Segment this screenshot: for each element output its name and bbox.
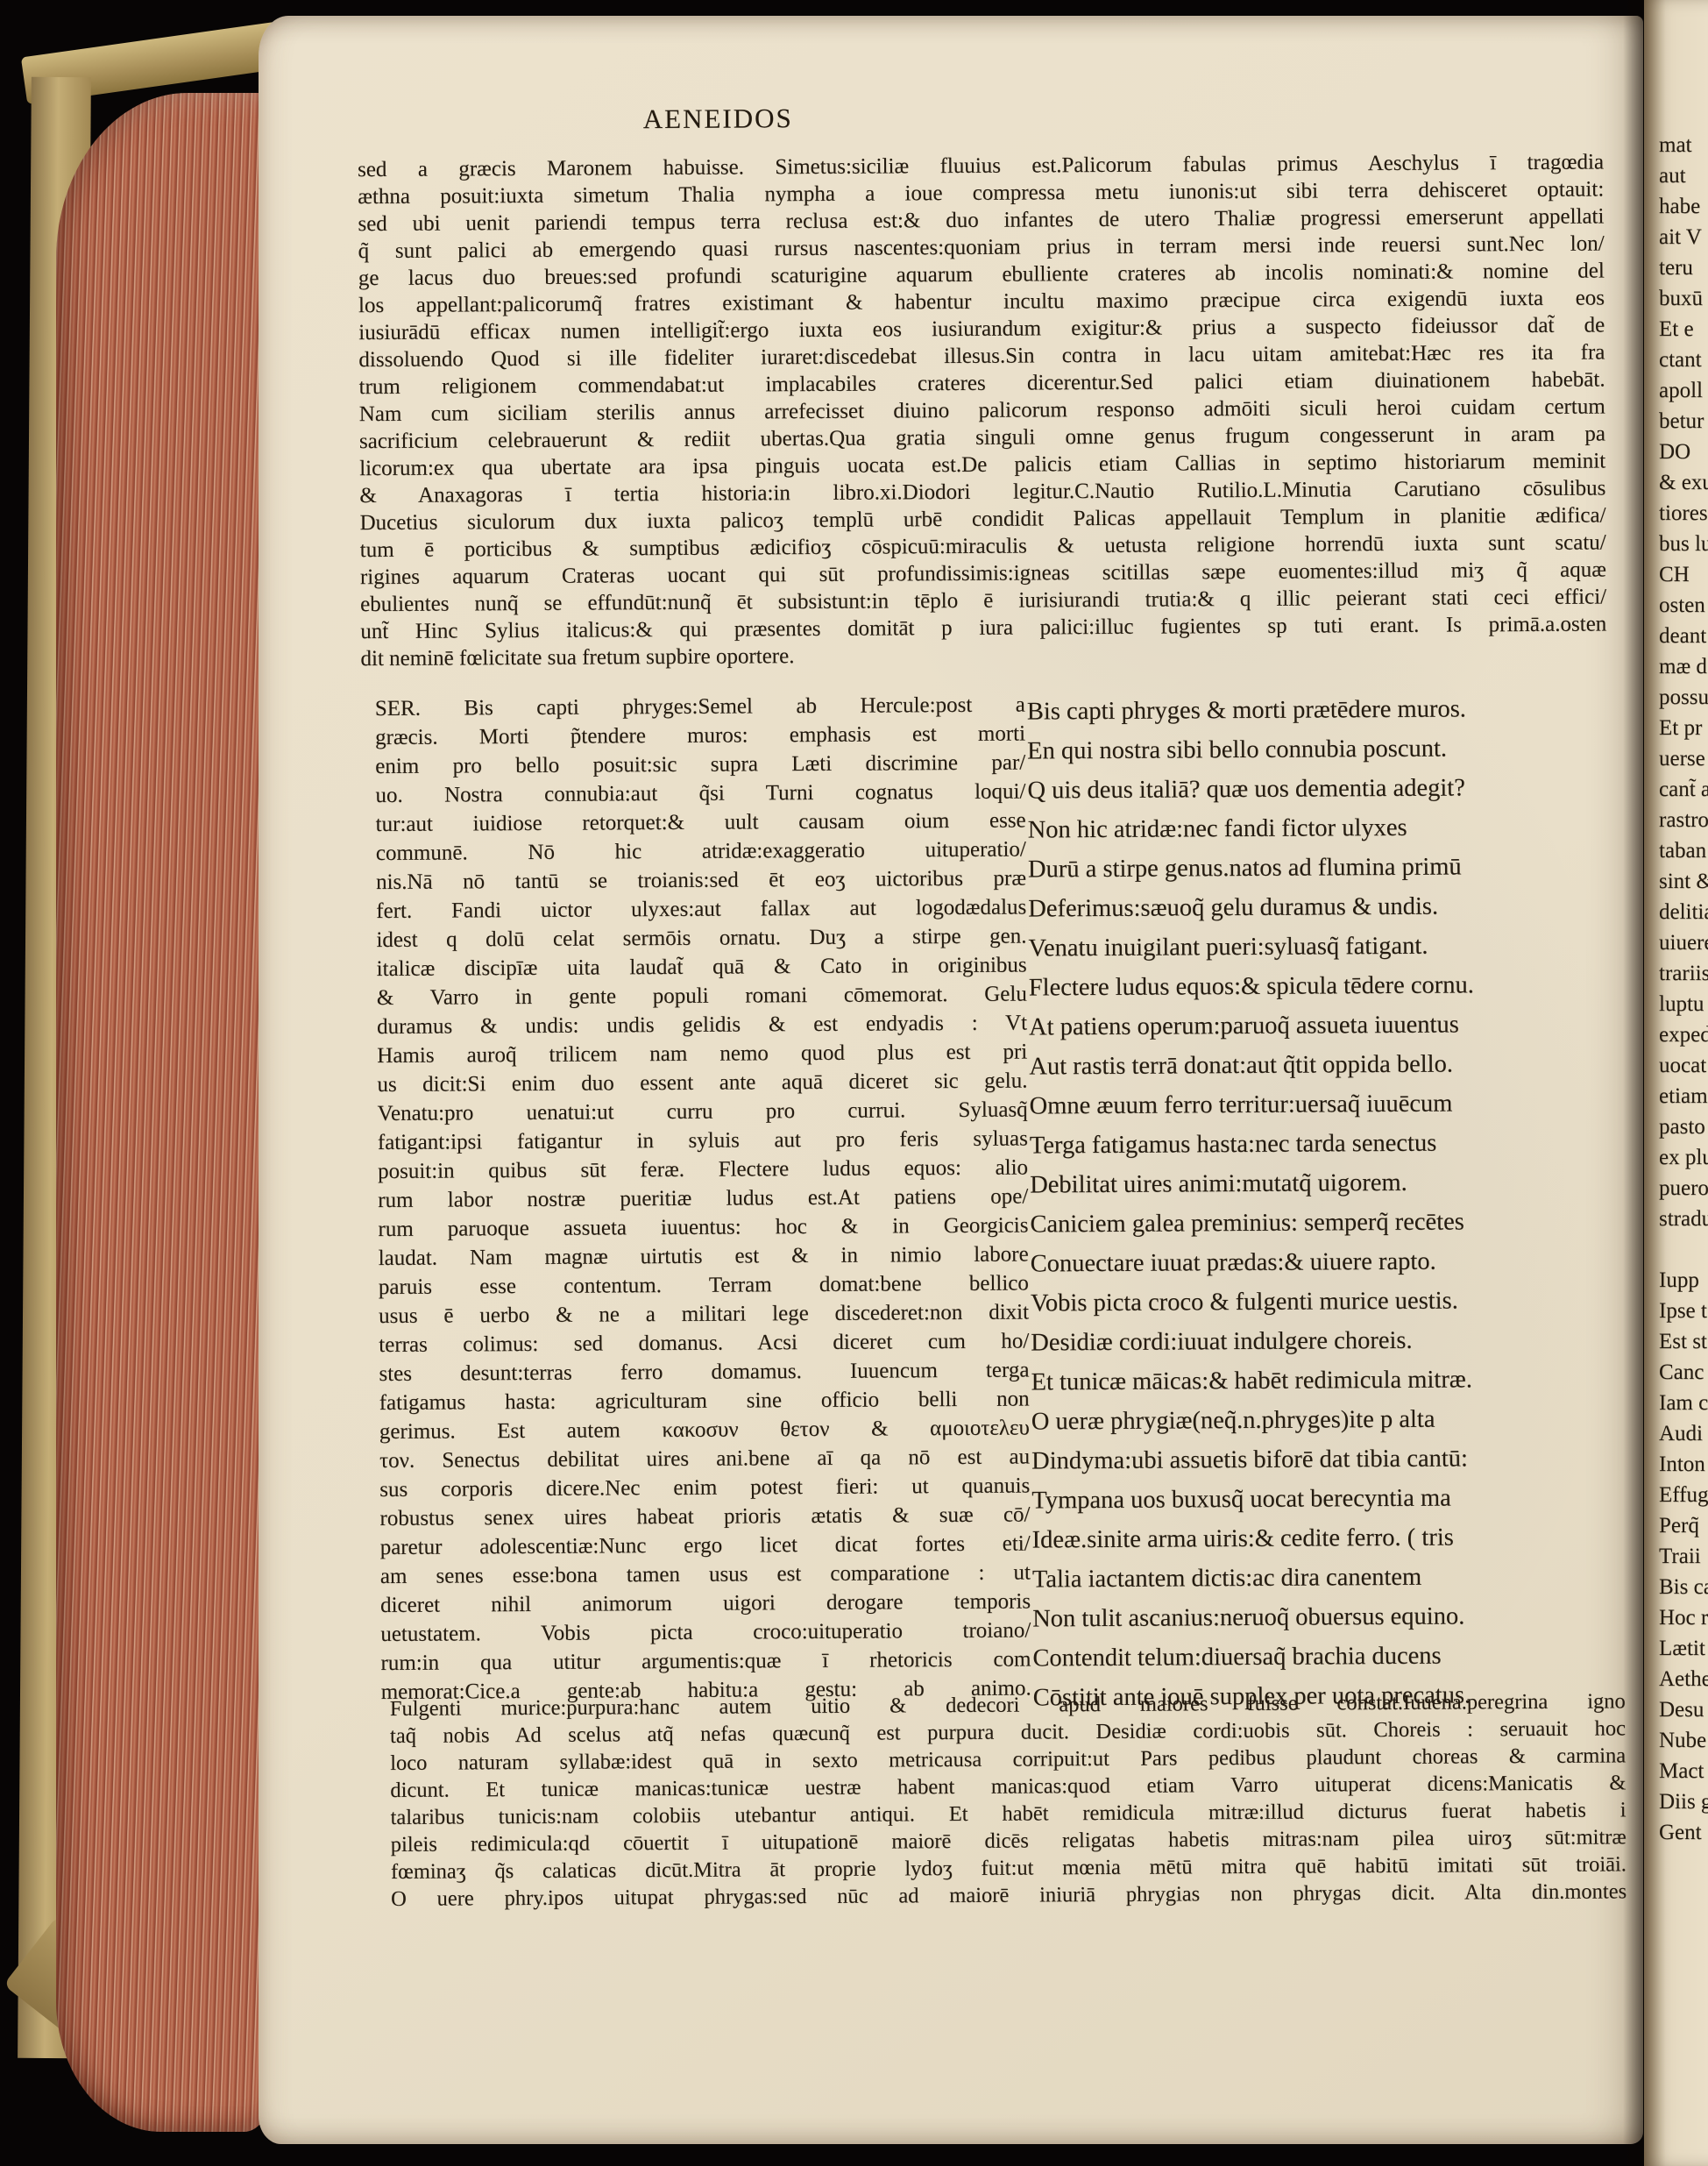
text-line: Iam c bbox=[1659, 1388, 1708, 1418]
text-line: possu bbox=[1659, 682, 1708, 713]
text-line: CH bbox=[1659, 559, 1708, 590]
text-line: Diis g bbox=[1659, 1786, 1708, 1817]
text-line: En qui nostra sibi bello connubia poscun… bbox=[1027, 728, 1616, 771]
text-line: Caniciem galea preminius: semperq̃ recēt… bbox=[1030, 1201, 1619, 1244]
text-line: Bis ca bbox=[1659, 1572, 1708, 1602]
text-line: ait V bbox=[1659, 222, 1708, 252]
text-line: ex plu bbox=[1659, 1142, 1708, 1173]
text-line: Durū a stirpe genus.natos ad flumina pri… bbox=[1028, 846, 1617, 889]
commentary-bottom-block: Fulgenti murice:purpura:hanc autem uitio… bbox=[390, 1687, 1626, 1913]
text-line: aut bbox=[1659, 160, 1708, 191]
text-line: ctant bbox=[1659, 344, 1708, 375]
text-line: uocat bbox=[1659, 1050, 1708, 1081]
text-line: Dindyma:ubi assuetis biforē dat tibia ca… bbox=[1031, 1438, 1620, 1481]
text-line: SER. Bis capti phryges:Semel ab Hercule:… bbox=[375, 690, 1025, 723]
text-line: delitia bbox=[1659, 897, 1708, 927]
text-line: duramus & undis: undis gelidis & est end… bbox=[377, 1008, 1027, 1041]
text-line: Venatu:pro uenatui:ut curru pro currui. … bbox=[378, 1095, 1028, 1128]
text-line: Hamis auroq̃ trilicem nam nemo quod plus… bbox=[377, 1037, 1027, 1070]
text-line: DO bbox=[1659, 437, 1708, 467]
text-line: tiores bbox=[1659, 498, 1708, 529]
text-line: enim pro bello posuit:sic supra Læti dis… bbox=[375, 748, 1025, 781]
text-line: Ideæ.sinite arma uiris:& cedite ferro. (… bbox=[1031, 1516, 1620, 1559]
text-line: idest q dolū celat sermōis ornatu. Duʒ a… bbox=[376, 921, 1026, 955]
text-line: betur bbox=[1659, 406, 1708, 437]
text-line: Desidiæ cordi:iuuat indulgere choreis. bbox=[1031, 1319, 1619, 1362]
text-line: græcis. Morti p̃tendere muros: emphasis … bbox=[375, 719, 1025, 752]
running-title: AENEIDOS bbox=[643, 103, 793, 135]
text-line: nis.Nā nō tantū se troianis:sed ēt eoʒ u… bbox=[376, 863, 1026, 897]
gutter-shadow bbox=[1623, 0, 1646, 2166]
text-line: Conuectare iuuat prædas:& uiuere rapto. bbox=[1031, 1240, 1619, 1283]
book-page: AENEIDOS sed a græcis Maronem habuisse. … bbox=[259, 16, 1643, 2144]
text-line: usus ē uerbo & ne a militari lege disced… bbox=[379, 1297, 1029, 1331]
text-line: Inton bbox=[1659, 1449, 1708, 1480]
commentary-left-column: SER. Bis capti phryges:Semel ab Hercule:… bbox=[375, 690, 1031, 1707]
text-line: mæ d bbox=[1659, 651, 1708, 682]
text-line bbox=[1659, 1234, 1708, 1265]
text-line: τον. Senectus debilitat uires ani.bene a… bbox=[379, 1442, 1030, 1475]
page-surface: AENEIDOS sed a græcis Maronem habuisse. … bbox=[259, 11, 1656, 2148]
text-line: laudat. Nam magnæ uirtutis est & in nimi… bbox=[379, 1239, 1029, 1273]
text-line: Flectere ludus equos:& spicula tēdere co… bbox=[1029, 964, 1618, 1007]
text-line: At patiens operum:paruoq̃ assueta iuuent… bbox=[1029, 1004, 1618, 1047]
text-line: & Varro in gente populi romani cōmemorat… bbox=[377, 979, 1027, 1012]
facing-page-edge: matauthabeait VterubuxūEt ectantapollbet… bbox=[1644, 0, 1708, 2166]
text-line: italicæ discipīæ uita laudat̃ quā & Cato… bbox=[377, 950, 1027, 984]
text-line: terras colimus: sed domanus. Acsi dicere… bbox=[379, 1326, 1029, 1360]
text-line: paretur adolescentiæ:Nunc ergo licet dic… bbox=[380, 1529, 1031, 1562]
text-line: robustus senex uires habeat prioris ætat… bbox=[379, 1500, 1030, 1533]
text-line: Contendit telum:diuersaq̃ brachia ducens bbox=[1032, 1635, 1621, 1678]
text-line: Nube bbox=[1659, 1725, 1708, 1756]
text-line: Talia iactantem dictis:ac dira canentem bbox=[1032, 1556, 1621, 1599]
text-line: Debilitat uires animi:mutatq̃ uigorem. bbox=[1030, 1161, 1619, 1204]
text-line: stes desunt:terras ferro domamus. Iuuenc… bbox=[379, 1355, 1029, 1388]
text-line: deant bbox=[1659, 621, 1708, 651]
text-line: rum labor nostræ pueritiæ ludus est.At p… bbox=[378, 1182, 1028, 1215]
text-line: Aut rastis terrā donat:aut q̃tit oppida … bbox=[1029, 1043, 1618, 1086]
text-line: mat bbox=[1659, 130, 1708, 160]
text-line: uetustatem. Vobis picta croco:uituperati… bbox=[380, 1616, 1031, 1649]
text-line: puero bbox=[1659, 1173, 1708, 1204]
text-line: fatigamus hasta: agriculturam sine offic… bbox=[379, 1384, 1030, 1417]
text-line: rum paruoque assueta iuuentus: hoc & in … bbox=[378, 1211, 1028, 1244]
text-line: Mact bbox=[1659, 1756, 1708, 1786]
text-line: Lætit bbox=[1659, 1633, 1708, 1664]
text-line: uiuere bbox=[1659, 927, 1708, 958]
text-line: Tympana uos buxusq̃ uocat berecyntia ma bbox=[1031, 1477, 1620, 1520]
text-line: O ueræ phrygiæ(neq̃.n.phryges)ite p alta bbox=[1031, 1398, 1620, 1441]
text-line: pasto bbox=[1659, 1111, 1708, 1142]
text-line: Et tunicæ māicas:& habēt redimicula mitr… bbox=[1031, 1359, 1619, 1402]
text-line: Et pr bbox=[1659, 713, 1708, 743]
text-line: paruis esse contentum. Terram domat:bene… bbox=[379, 1268, 1029, 1302]
text-line: cant̃ a bbox=[1659, 774, 1708, 805]
text-line: osten bbox=[1659, 590, 1708, 621]
text-line: Ipse t bbox=[1659, 1296, 1708, 1326]
text-line: communē. Nō hic atridæ:exaggeratio uitup… bbox=[376, 834, 1026, 868]
text-line: Audi bbox=[1659, 1418, 1708, 1449]
text-line: fert. Fandi uictor ulyxes:aut fallax aut… bbox=[376, 892, 1026, 926]
text-line: fatigant:ipsi fatigantur in syluis aut p… bbox=[378, 1124, 1028, 1157]
text-line: apoll bbox=[1659, 375, 1708, 406]
text-line: Omne æuum ferro territur:uersaq̃ iuuēcum bbox=[1029, 1083, 1618, 1126]
text-line: sus corporis dicere.Nec enim potest fier… bbox=[379, 1471, 1030, 1504]
text-line: Deferimus:sæuoq̃ gelu duramus & undis. bbox=[1028, 885, 1617, 928]
text-line: Non hic atridæ:nec fandi fictor ulyxes bbox=[1028, 806, 1617, 849]
text-line: Venatu inuigilant pueri:syluasq̃ fatigan… bbox=[1028, 925, 1617, 968]
text-line: us dicit:Si enim duo essent ante aquā di… bbox=[377, 1066, 1027, 1099]
red-stained-fore-edge bbox=[56, 93, 270, 2132]
text-line: Traii bbox=[1659, 1541, 1708, 1572]
text-line: rastro bbox=[1659, 805, 1708, 835]
text-line: Perq̃ bbox=[1659, 1510, 1708, 1541]
text-line: taban bbox=[1659, 835, 1708, 866]
text-line: Gent bbox=[1659, 1817, 1708, 1848]
text-line: Terga fatigamus hasta:nec tarda senectus bbox=[1030, 1122, 1619, 1165]
text-line: Non tulit ascanius:neruoq̃ obuersus equi… bbox=[1032, 1595, 1621, 1638]
text-line: Iupp bbox=[1659, 1265, 1708, 1296]
text-line: sint & bbox=[1659, 866, 1708, 897]
text-line: uerse bbox=[1659, 743, 1708, 774]
text-line: stradu bbox=[1659, 1204, 1708, 1234]
text-line: habe bbox=[1659, 191, 1708, 222]
text-line: etiam bbox=[1659, 1081, 1708, 1111]
text-line: Bis capti phryges & morti prætēdere muro… bbox=[1027, 688, 1616, 731]
facing-page-text: matauthabeait VterubuxūEt ectantapollbet… bbox=[1659, 130, 1708, 1848]
text-line: am senes esse:bona tamen usus est compar… bbox=[380, 1558, 1031, 1591]
text-line: exped bbox=[1659, 1019, 1708, 1050]
verse-column: Bis capti phryges & morti prætēdere muro… bbox=[1027, 688, 1622, 1717]
text-line: Hoc r bbox=[1659, 1602, 1708, 1633]
book-photo-canvas: AENEIDOS sed a græcis Maronem habuisse. … bbox=[0, 0, 1708, 2166]
text-line: buxū bbox=[1659, 283, 1708, 314]
text-line: teru bbox=[1659, 252, 1708, 283]
text-line: gerimus. Est autem κακοσυν θετον & αμοιο… bbox=[379, 1413, 1030, 1446]
text-line: luptu bbox=[1659, 989, 1708, 1019]
text-line: tur:aut iuidiose retorquet:& uult causam… bbox=[376, 806, 1026, 839]
text-line: bus lu bbox=[1659, 529, 1708, 559]
text-line: trariis bbox=[1659, 958, 1708, 989]
text-line: rum:in qua utitur argumentis:quæ ī rheto… bbox=[380, 1644, 1031, 1678]
text-line: Desu bbox=[1659, 1694, 1708, 1725]
text-line: posuit:in quibus sūt feræ. Flectere ludu… bbox=[378, 1153, 1028, 1186]
text-line: Aethe bbox=[1659, 1664, 1708, 1694]
text-line: & exu bbox=[1659, 467, 1708, 498]
text-line: Effug bbox=[1659, 1480, 1708, 1510]
text-line: uo. Nostra connubia:aut q̃si Turni cogna… bbox=[375, 777, 1025, 810]
text-line: diceret nihil animorum uigori derogare t… bbox=[380, 1587, 1031, 1620]
commentary-top-block: sed a græcis Maronem habuisse. Simetus:s… bbox=[358, 148, 1607, 672]
text-line: Canc bbox=[1659, 1357, 1708, 1388]
text-line: Et e bbox=[1659, 314, 1708, 344]
text-line: Q uis deus italiā? quæ uos dementia adeg… bbox=[1027, 767, 1616, 810]
text-line: Est st bbox=[1659, 1326, 1708, 1357]
text-line: Vobis picta croco & fulgenti murice uest… bbox=[1031, 1280, 1619, 1323]
